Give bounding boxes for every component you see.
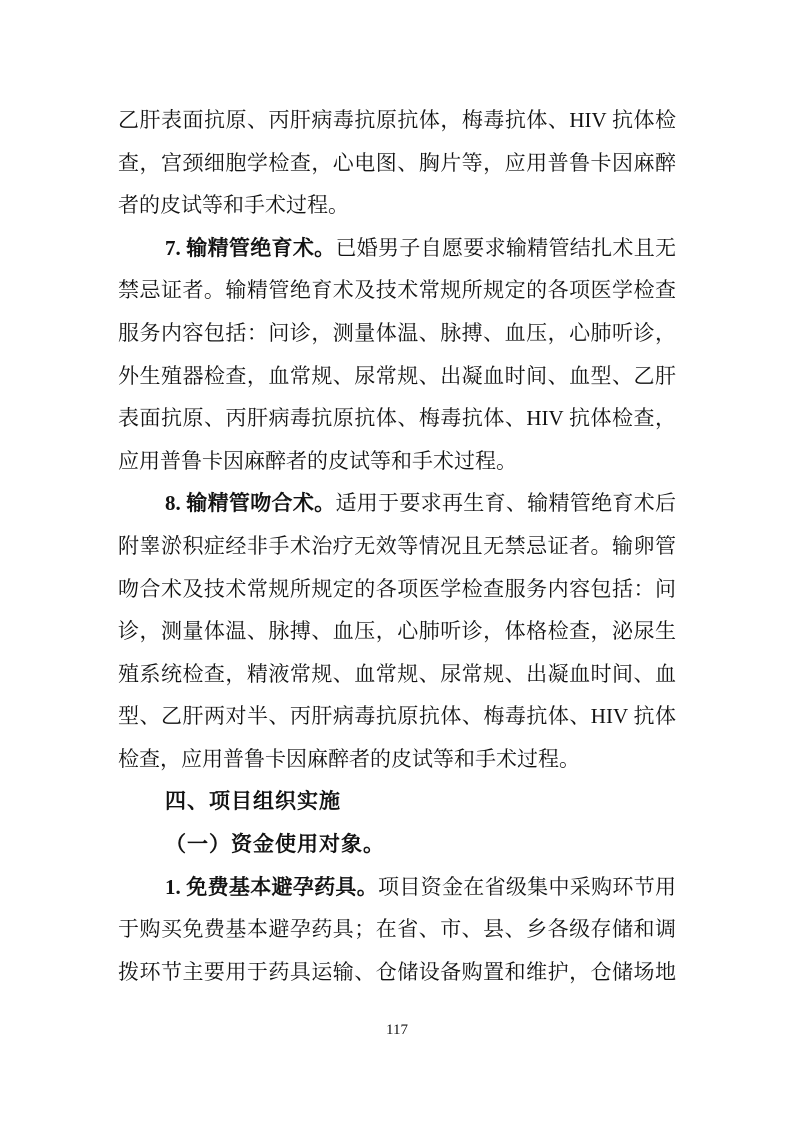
body-line: 8. 输精管吻合术。适用于要求再生育、输精管绝育术后 (118, 482, 676, 525)
paragraph-lead: 8. 输精管吻合术。 (165, 491, 335, 515)
body-line: 于购买免费基本避孕药具；在省、市、县、乡各级存储和调 (118, 908, 676, 951)
section-heading: 四、项目组织实施 (118, 781, 676, 824)
body-line: 附睾淤积症经非手术治疗无效等情况且无禁忌证者。输卵管 (118, 525, 676, 568)
body-line: 乙肝表面抗原、丙肝病毒抗原抗体，梅毒抗体、HIV 抗体检 (118, 99, 676, 142)
body-line: 检查，应用普鲁卡因麻醉者的皮试等和手术过程。 (118, 738, 676, 781)
body-line: 者的皮试等和手术过程。 (118, 184, 676, 227)
paragraph-text: 适用于要求再生育、输精管绝育术后 (335, 491, 676, 515)
paragraph-text: 项目资金在省级集中采购环节用 (378, 875, 676, 899)
body-line: 服务内容包括：问诊，测量体温、脉搏、血压，心肺听诊， (118, 312, 676, 355)
body-line: 表面抗原、丙肝病毒抗原抗体、梅毒抗体、HIV 抗体检查， (118, 397, 676, 440)
body-line: 诊，测量体温、脉搏、血压，心肺听诊，体格检查，泌尿生 (118, 610, 676, 653)
body-line: 查，宫颈细胞学检查，心电图、胸片等，应用普鲁卡因麻醉 (118, 142, 676, 185)
document-body: 乙肝表面抗原、丙肝病毒抗原抗体，梅毒抗体、HIV 抗体检 查，宫颈细胞学检查，心… (118, 99, 676, 993)
page-number: 117 (0, 1020, 794, 1040)
paragraph-lead: 1. 免费基本避孕药具。 (165, 875, 378, 899)
paragraph-lead: 7. 输精管绝育术。 (165, 236, 335, 260)
subsection-heading: （一）资金使用对象。 (118, 823, 676, 866)
body-line: 7. 输精管绝育术。已婚男子自愿要求输精管结扎术且无 (118, 227, 676, 270)
paragraph-text: 已婚男子自愿要求输精管结扎术且无 (335, 236, 676, 260)
body-line: 应用普鲁卡因麻醉者的皮试等和手术过程。 (118, 440, 676, 483)
body-line: 吻合术及技术常规所规定的各项医学检查服务内容包括：问 (118, 568, 676, 611)
body-line: 型、乙肝两对半、丙肝病毒抗原抗体、梅毒抗体、HIV 抗体 (118, 695, 676, 738)
document-page: 乙肝表面抗原、丙肝病毒抗原抗体，梅毒抗体、HIV 抗体检 查，宫颈细胞学检查，心… (0, 0, 794, 1122)
body-line: 拨环节主要用于药具运输、仓储设备购置和维护，仓储场地 (118, 951, 676, 994)
body-line: 禁忌证者。输精管绝育术及技术常规所规定的各项医学检查 (118, 269, 676, 312)
body-line: 1. 免费基本避孕药具。项目资金在省级集中采购环节用 (118, 866, 676, 909)
body-line: 殖系统检查，精液常规、血常规、尿常规、出凝血时间、血 (118, 653, 676, 696)
body-line: 外生殖器检查，血常规、尿常规、出凝血时间、血型、乙肝 (118, 355, 676, 398)
